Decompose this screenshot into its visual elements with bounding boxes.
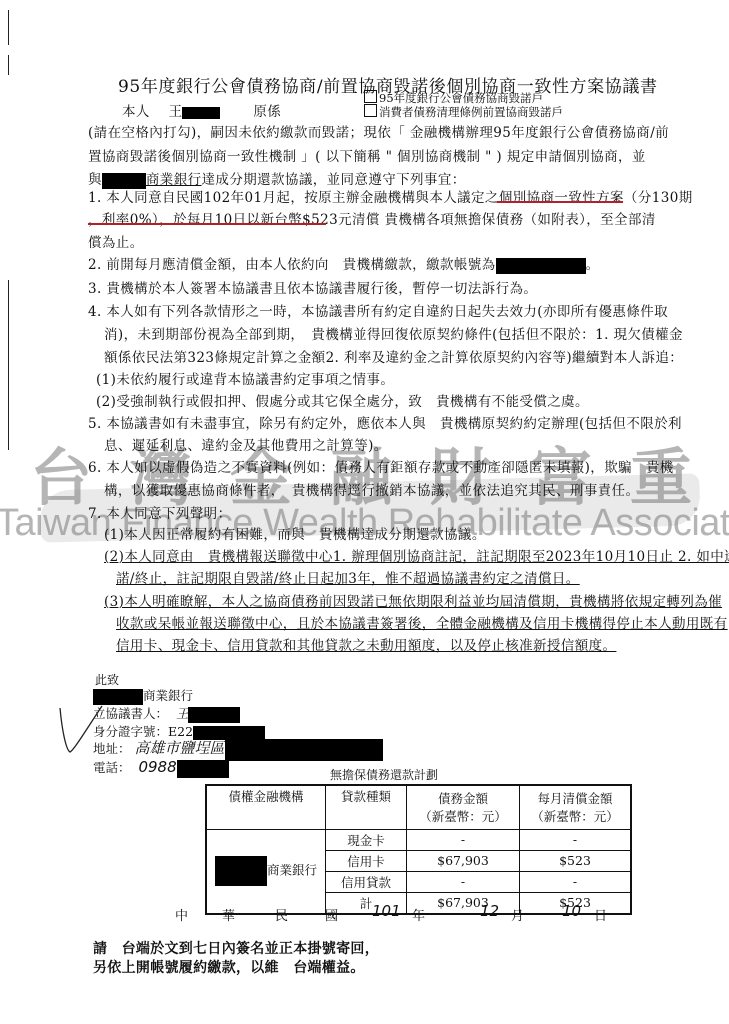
date-era-4: 國 (325, 905, 338, 924)
note-line-1: 請 台端於文到七日內簽名並正本掛號寄回， (93, 938, 379, 958)
clause-7-item-2-line-2: 諾/終止，註記期限自毀諾/終止日起加3年，惟不超過協議書約定之清償日。 (116, 567, 580, 587)
clause-1-line-2: ，利率0%），於每月10日以新台幣$523元清償 貴機構各項無擔保債務（如附表）… (88, 208, 656, 228)
clause-4-line-2: 消)，未到期部份視為全部到期， 貴機構並得回復依原契約條件(包括但不限於：1. … (104, 323, 683, 343)
scan-margin-line (8, 280, 9, 450)
clause-4-item-1: (1)未依約履行或違背本協議書約定事項之情事。 (96, 368, 394, 388)
signer-line: 立協議書人： 王 (93, 704, 240, 723)
clause-7-item-2-line-1: (2)本人同意由 貴機構報送聯徵中心1. 辦理個別協商註記，註記期限至2023年… (104, 545, 729, 565)
checkbox[interactable] (364, 104, 377, 117)
clause-7-item-3-line-3: 信用卡、現金卡、信用貸款和其他貸款之未動用額度，以及停止核准新授信額度。 (116, 634, 616, 654)
date-era-1: 中 (175, 905, 188, 924)
header-monthly-payment: 每月清償金額（新臺幣：元） (520, 785, 632, 829)
clause-5-line-1: 5. 本協議書如有未盡事宜，除另有約定外，應依本人與 貴機構原契約約定辦理(包括… (88, 412, 682, 432)
clause-1-line-3: 償為止。 (88, 231, 144, 251)
clause-3: 3. 貴機構於本人簽署本協議書且依本協議書履行後，暫停一切法訴行為。 (88, 277, 537, 297)
date-era-2: 華 (222, 905, 235, 924)
clause-1-line-1: 1. 本人同意自民國102年01月起，按原主辦金融機構與本人議定之個別協商一致性… (88, 186, 693, 206)
redacted-address (225, 739, 383, 761)
date-day-unit: 日 (594, 905, 607, 924)
clause-2: 2. 前開每月應清償金額，由本人依約向 貴機構繳款，繳款帳號為。 (88, 253, 599, 274)
redacted-bank (215, 856, 267, 886)
repayment-plan-table: 債權金融機構 貸款種類 債務金額（新臺幣：元） 每月清償金額（新臺幣：元） 商業… (205, 784, 632, 915)
redacted-name (182, 107, 220, 119)
header-creditor: 債權金融機構 (206, 785, 326, 829)
clause-5-line-2: 息、遲延利息、違約金及其他費用之計算等)。 (104, 434, 388, 454)
clause-4-line-3: 額係依民法第323條規定計算之金額2. 利率及違約金之計算依原契約內容等)繼續對… (104, 346, 683, 366)
clause-4-item-2: (2)受強制執行或假扣押、假處分或其它保全處分，致 貴機構有不能受償之虞。 (96, 390, 589, 410)
header-loan-type: 貸款種類 (326, 785, 407, 829)
addressee-bank: 商業銀行 (93, 686, 193, 705)
checkbox-option-2[interactable]: 消費者債務清理條例前置協商毀諾戶 (364, 104, 563, 120)
table-row: 商業銀行 現金卡 - - (206, 829, 631, 850)
scan-margin-line (8, 55, 9, 75)
date-month-unit: 月 (511, 905, 524, 924)
date-month: 12 (480, 902, 499, 920)
address-line: 地址： 高雄市鹽埕區 (93, 737, 383, 761)
scan-margin-line (8, 10, 9, 45)
clause-7: 7. 本人同意下列聲明： (88, 502, 231, 522)
note-line-2: 另依上開帳號履約繳款，以維 台端權益。 (93, 957, 365, 977)
highlight-underline (497, 201, 623, 203)
creditor-cell: 商業銀行 (206, 829, 326, 914)
phone-line: 電話： 0988 (93, 758, 229, 778)
handwritten-checkmark-icon (56, 700, 106, 760)
redacted-account (496, 258, 586, 274)
clause-6-line-1: 6. 本人如以虛假偽造之不實資料(例如：債務人有鉅額存款或不動產卻隱匿未填報)，… (88, 456, 674, 476)
date-era-3: 民 (275, 905, 288, 924)
intro-line-1: (請在空格內打勾)，嗣因未依約繳款而毀諾；現依「 金融機構辦理95年度銀行公會債… (88, 121, 669, 141)
date-day: 10 (562, 902, 581, 920)
clause-7-item-3-line-2: 收款或呆帳並報送聯徵中心，且於本協議書簽署後，全體金融機構及信用卡機構得停止本人… (116, 612, 728, 632)
plan-table-title: 無擔保債務還款計劃 (330, 766, 438, 783)
intro-line-2: 置協商毀諾後個別協商一致性機制 」( 以下簡稱 " 個別協商機制 " ) 規定申… (88, 145, 646, 165)
checkbox[interactable] (364, 90, 377, 103)
date-year: 101 (372, 902, 401, 920)
clause-7-item-3-line-1: (3)本人明確瞭解，本人之協商債務前因毀諾已無依期限利益並均屆清償期，貴機構將依… (104, 590, 722, 610)
person-line: 本人 王 原係 (122, 100, 281, 120)
redacted-signer (188, 707, 240, 723)
date-year-unit: 年 (412, 905, 425, 924)
clause-7-item-1: (1)本人因正常履約有困難，而與 貴機構達成分期還款協議。 (104, 523, 486, 543)
person-name: 王 (169, 104, 183, 120)
clause-6-line-2: 構，以獲取優惠協商條件者， 貴機構得逕行撤銷本協議，並依法追究其民、刑事責任。 (104, 479, 639, 499)
clause-4-line-1: 4. 本人如有下列各款情形之一時，本協議書所有約定自違約日起失去效力(亦即所有優… (88, 300, 668, 320)
redacted-phone (177, 760, 229, 778)
header-debt-amount: 債務金額（新臺幣：元） (407, 785, 520, 829)
highlight-underline (88, 223, 326, 225)
